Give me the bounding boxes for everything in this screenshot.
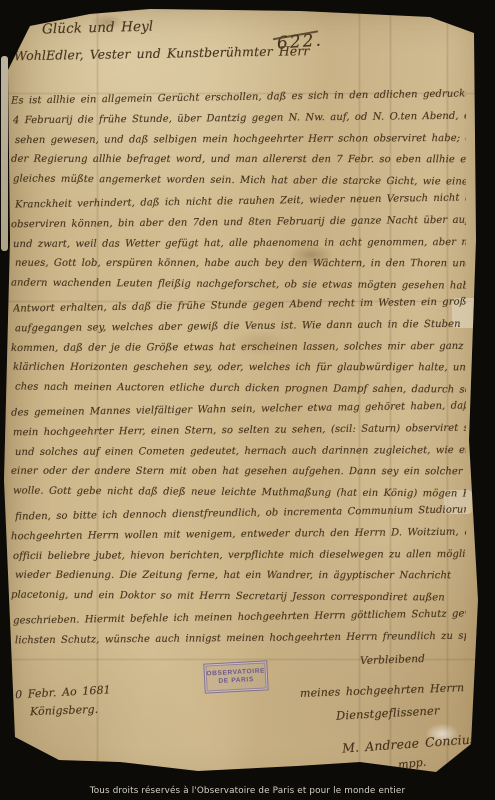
signature-flourish: mpp.	[397, 756, 427, 772]
page-edge-sliver	[1, 56, 8, 251]
handwriting-line: und solches auf einen Cometen gedeutet, …	[15, 445, 466, 458]
handwriting-line: der Regierung allhie befraget word, und …	[11, 154, 466, 165]
handwriting-line: und zwart, weil das Wetter gefügt hat, a…	[13, 237, 466, 250]
handwriting-line: officii beliebre jubet, hievon berichten…	[13, 549, 466, 562]
signature-line-1: meines hochgeehrten Herrn	[300, 681, 465, 700]
handwriting-line: sehen gewesen, und daß selbigen mein hoc…	[15, 133, 466, 146]
scan-background: Glück und Heyl WohlEdler, Vester und Kun…	[0, 0, 495, 800]
dateline-date: 10 Febr. Ao 1681	[8, 683, 111, 701]
salutation-line-1: Glück und Heyl	[42, 19, 154, 38]
handwriting-line: klärlichen Horizonten geschehen sey, ode…	[13, 362, 466, 373]
handwriting-line: finden, so bitte ich dennoch dienstfreun…	[15, 504, 466, 522]
handwriting-line: Antwort erhalten, als daß die frühe Stun…	[13, 296, 466, 314]
handwriting-line: Kranckheit verhindert, daß ich nicht die…	[15, 192, 466, 210]
handwriting-line: geschrieben. Hiermit befehle ich meinen …	[13, 608, 466, 626]
handwriting-line: einer oder der andere Stern mit oben hat…	[11, 466, 463, 477]
handwriting-line: 4 Februarij die frühe Stunde, über Dantz…	[13, 111, 466, 127]
handwriting-line: lichsten Schutz, wünsche auch innigst me…	[15, 631, 466, 647]
letter-paper: Glück und Heyl WohlEdler, Vester und Kun…	[0, 0, 495, 800]
handwriting-line: kommen, daß der je die Größe etwas hat e…	[11, 341, 464, 354]
observatory-stamp: OBSERVATOIRE DE PARIS	[203, 660, 268, 693]
signature-line-3: M. Andreae Concius	[342, 731, 477, 755]
handwriting-line: des gemeinen Mannes vielfältiger Wahn se…	[11, 400, 466, 418]
handwriting-line: ches nach meinen Auctoren etliche durch …	[15, 382, 466, 396]
handwriting-line: placetonig, und ein Doktor so mit Herrn …	[11, 590, 445, 604]
handwriting-line: observiren können, bin aber den 7den und…	[11, 214, 466, 230]
handwriting-line: gleiches müßte angemerket worden sein. M…	[13, 174, 466, 188]
handwriting-line: Es ist allhie ein allgemein Gerücht ersc…	[11, 88, 466, 106]
handwriting-line: neues, Gott lob, erspüren können, habe a…	[15, 258, 466, 269]
handwriting-line: mein hochgeehrter Herr, einen Stern, so …	[13, 423, 466, 439]
closing-word: Verbleibend	[360, 653, 425, 667]
handwriting-line: andern wachenden Leuten fleißig nachgefo…	[11, 278, 466, 292]
handwriting-line: hochgeehrten Herrn wollen mit wenigem, e…	[11, 526, 466, 542]
dateline-place: Königsberg.	[30, 703, 99, 718]
handwriting-line: aufgegangen sey, welches aber gewiß die …	[15, 319, 466, 335]
salutation-line-2: WohlEdler, Vester und Kunstberühmter Her…	[14, 44, 274, 64]
handwriting-line: wolle. Gott gebe nicht daß dieß neue lei…	[13, 486, 466, 500]
footer-caption: Tous droits réservés à l'Observatoire de…	[0, 786, 495, 796]
handwriting-line: wieder Bedienung. Die Zeitung ferne, hat…	[15, 570, 451, 581]
signature-line-2: Dienstgeflissener	[336, 703, 440, 722]
archive-number: 622.	[276, 30, 323, 53]
